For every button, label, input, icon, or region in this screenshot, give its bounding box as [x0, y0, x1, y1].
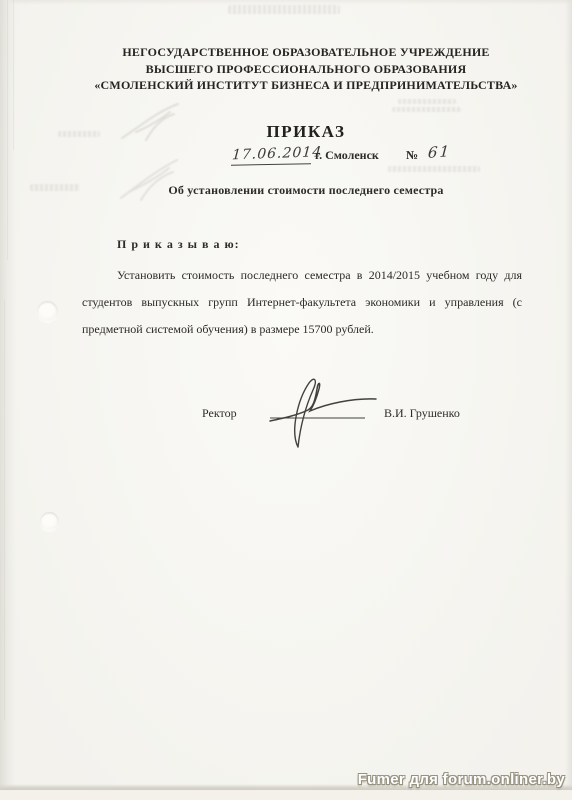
order-date-handwritten: 17.06.2014 — [231, 145, 310, 164]
letterhead-line-3: «СМОЛЕНСКИЙ ИНСТИТУТ БИЗНЕСА И ПРЕДПРИНИ… — [36, 77, 572, 94]
letterhead: НЕГОСУДАРСТВЕННОЕ ОБРАЗОВАТЕЛЬНОЕ УЧРЕЖД… — [36, 44, 572, 94]
punch-hole — [40, 512, 59, 531]
watermark: Fumer для forum.onliner.by — [358, 771, 565, 788]
scanner-background — [0, 790, 572, 800]
order-verb: П р и к а з ы в а ю: — [117, 237, 240, 252]
punch-hole — [37, 301, 58, 322]
signature-block: Ректор В.И. Грушенко — [0, 404, 572, 464]
bleedthrough-mark — [392, 107, 462, 112]
paper-fold-line — [13, 0, 14, 150]
letterhead-line-1: НЕГОСУДАРСТВЕННОЕ ОБРАЗОВАТЕЛЬНОЕ УЧРЕЖД… — [36, 44, 572, 61]
scanned-order-document: НЕГОСУДАРСТВЕННОЕ ОБРАЗОВАТЕЛЬНОЕ УЧРЕЖД… — [0, 0, 572, 800]
order-subject: Об установлении стоимости последнего сем… — [36, 183, 572, 198]
signature-role: Ректор — [202, 406, 237, 421]
paper-fold-line — [4, 300, 5, 720]
bleedthrough-mark — [228, 5, 340, 14]
order-body-paragraph: Установить стоимость последнего семестра… — [82, 262, 522, 343]
bleedthrough-mark — [398, 99, 456, 104]
signature-name: В.И. Грушенко — [384, 406, 460, 421]
order-city: г. Смоленск — [315, 148, 379, 163]
date-underline — [231, 163, 311, 165]
order-number-handwritten: 61 — [427, 142, 451, 162]
rector-signature-icon — [264, 377, 380, 455]
letterhead-line-2: ВЫСШЕГО ПРОФЕССИОНАЛЬНОГО ОБРАЗОВАНИЯ — [36, 61, 572, 78]
paper-fold-line — [7, 0, 8, 260]
order-date-row: 17.06.2014 г. Смоленск № 61 — [0, 145, 572, 171]
order-title: ПРИКАЗ — [36, 122, 572, 142]
order-number-sign: № — [406, 148, 418, 163]
